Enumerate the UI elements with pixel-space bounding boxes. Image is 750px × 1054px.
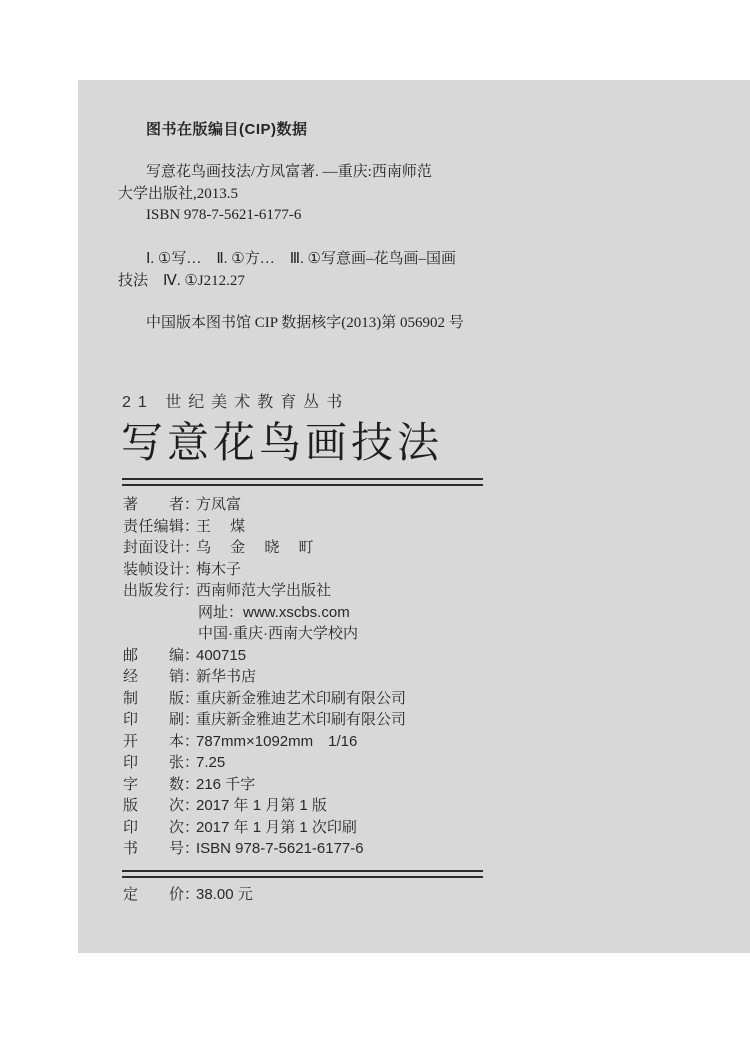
- colophon-row: ：网址：www.xscbs.com: [123, 602, 406, 624]
- colophon-row-label: 版次: [123, 795, 184, 817]
- colophon-row-label: 印张: [123, 752, 184, 774]
- cip-class-line-2: 技法 Ⅳ. ①J212.27: [118, 271, 456, 293]
- cip-isbn: ISBN 978-7-5621-6177-6: [146, 205, 301, 227]
- colophon-row-colon: ：: [184, 559, 196, 581]
- colophon-row-label: 责任编辑: [123, 516, 184, 538]
- colophon-row-value: 网址：www.xscbs.com: [198, 604, 350, 621]
- colophon-row-value: 梅木子: [196, 561, 241, 578]
- colophon-row-value: 王 煤: [196, 518, 245, 535]
- colophon-row-colon: ：: [184, 838, 196, 860]
- colophon-row-value: 重庆新金雅迪艺术印刷有限公司: [196, 711, 406, 728]
- colophon-row-colon: ：: [184, 731, 196, 753]
- series-title: 21 世纪美术教育丛书: [122, 392, 349, 414]
- colophon-row-label: 印次: [123, 817, 184, 839]
- colophon-row-value: 方凤富: [196, 496, 241, 513]
- colophon-row-colon: ：: [184, 666, 196, 688]
- colophon-row-value: 216 千字: [196, 776, 255, 793]
- colophon-row-value: 2017 年 1 月第 1 版: [196, 797, 327, 814]
- colophon-row-colon: ：: [184, 688, 196, 710]
- colophon-rows: 著者：方凤富 责任编辑：王 煤 封面设计：乌 金 晓 町 装帧设计：梅木子 出版…: [123, 494, 406, 860]
- cip-bib-line-2: 大学出版社,2013.5: [118, 184, 432, 206]
- colophon-row-value: 7.25: [196, 754, 225, 771]
- colophon-row: 版次：2017 年 1 月第 1 版: [123, 795, 406, 817]
- colophon-row-value: 重庆新金雅迪艺术印刷有限公司: [196, 690, 406, 707]
- colophon-row-colon: ：: [184, 774, 196, 796]
- cip-classification: Ⅰ. ①写… Ⅱ. ①方… Ⅲ. ①写意画–花鸟画–国画 技法 Ⅳ. ①J212…: [118, 249, 456, 292]
- colophon-row-colon: ：: [184, 817, 196, 839]
- colophon-row-value: 2017 年 1 月第 1 次印刷: [196, 819, 357, 836]
- colophon-row-label: 邮编: [123, 645, 184, 667]
- book-copyright-page: 图书在版编目(CIP)数据 写意花鸟画技法/方凤富著. —重庆:西南师范 大学出…: [78, 80, 750, 953]
- colophon-row: 印刷：重庆新金雅迪艺术印刷有限公司: [123, 709, 406, 731]
- colophon-row-label: 印刷: [123, 709, 184, 731]
- colophon-row-value: 西南师范大学出版社: [196, 582, 331, 599]
- colophon-row-value: 新华书店: [196, 668, 256, 685]
- colophon-row: 邮编：400715: [123, 645, 406, 667]
- colophon-row-colon: ：: [184, 537, 196, 559]
- colophon-row-label: 字数: [123, 774, 184, 796]
- colophon-row-colon: ：: [184, 645, 196, 667]
- colophon-row-label: 开本: [123, 731, 184, 753]
- book-title: 写意花鸟画技法: [121, 421, 443, 465]
- colophon-row: 经销：新华书店: [123, 666, 406, 688]
- colophon-row-label: 著者: [123, 494, 184, 516]
- colophon-row-colon: ：: [184, 709, 196, 731]
- colophon-row-label: 出版发行: [123, 580, 184, 602]
- price-label: 定价: [123, 884, 184, 906]
- colophon-row: ：中国·重庆·西南大学校内: [123, 623, 406, 645]
- cip-record-number: 中国版本图书馆 CIP 数据核字(2013)第 056902 号: [146, 313, 464, 335]
- colophon-row-colon: ：: [184, 752, 196, 774]
- double-rule-bottom: [122, 870, 483, 878]
- colophon-row-value: ISBN 978-7-5621-6177-6: [196, 840, 364, 857]
- colophon-row-colon: ：: [184, 795, 196, 817]
- colophon-row: 印次：2017 年 1 月第 1 次印刷: [123, 817, 406, 839]
- colophon-row-colon: ：: [184, 494, 196, 516]
- colophon-row: 印张：7.25: [123, 752, 406, 774]
- colophon-row: 著者：方凤富: [123, 494, 406, 516]
- colophon-row-label: 书号: [123, 838, 184, 860]
- colophon-row-label: 封面设计: [123, 537, 184, 559]
- colophon-row: 封面设计：乌 金 晓 町: [123, 537, 406, 559]
- colophon-row: 书号：ISBN 978-7-5621-6177-6: [123, 838, 406, 860]
- colophon-row-colon: ：: [184, 516, 196, 538]
- colophon-row-value: 787mm×1092mm 1/16: [196, 733, 357, 750]
- price-value: 38.00 元: [196, 886, 253, 903]
- cip-bibliography: 写意花鸟画技法/方凤富著. —重庆:西南师范 大学出版社,2013.5: [118, 162, 432, 205]
- colophon-row-label: 制版: [123, 688, 184, 710]
- colophon-row-value: 400715: [196, 647, 246, 664]
- price-colon: ：: [184, 884, 196, 906]
- colophon-row-label: 装帧设计: [123, 559, 184, 581]
- price-row: 定价：38.00 元: [123, 884, 253, 906]
- colophon-row-label: 经销: [123, 666, 184, 688]
- colophon-row: 开本：787mm×1092mm 1/16: [123, 731, 406, 753]
- cip-class-line-1: Ⅰ. ①写… Ⅱ. ①方… Ⅲ. ①写意画–花鸟画–国画: [118, 249, 456, 271]
- colophon-row-colon: ：: [184, 580, 196, 602]
- colophon-row: 出版发行：西南师范大学出版社: [123, 580, 406, 602]
- cip-bib-line-1: 写意花鸟画技法/方凤富著. —重庆:西南师范: [118, 162, 432, 184]
- colophon-row: 责任编辑：王 煤: [123, 516, 406, 538]
- double-rule-top: [122, 478, 483, 486]
- colophon-row-value: 中国·重庆·西南大学校内: [198, 625, 358, 642]
- colophon-row: 制版：重庆新金雅迪艺术印刷有限公司: [123, 688, 406, 710]
- colophon-row: 装帧设计：梅木子: [123, 559, 406, 581]
- cip-heading: 图书在版编目(CIP)数据: [146, 119, 308, 141]
- colophon-row: 字数：216 千字: [123, 774, 406, 796]
- colophon-row-value: 乌 金 晓 町: [196, 539, 314, 556]
